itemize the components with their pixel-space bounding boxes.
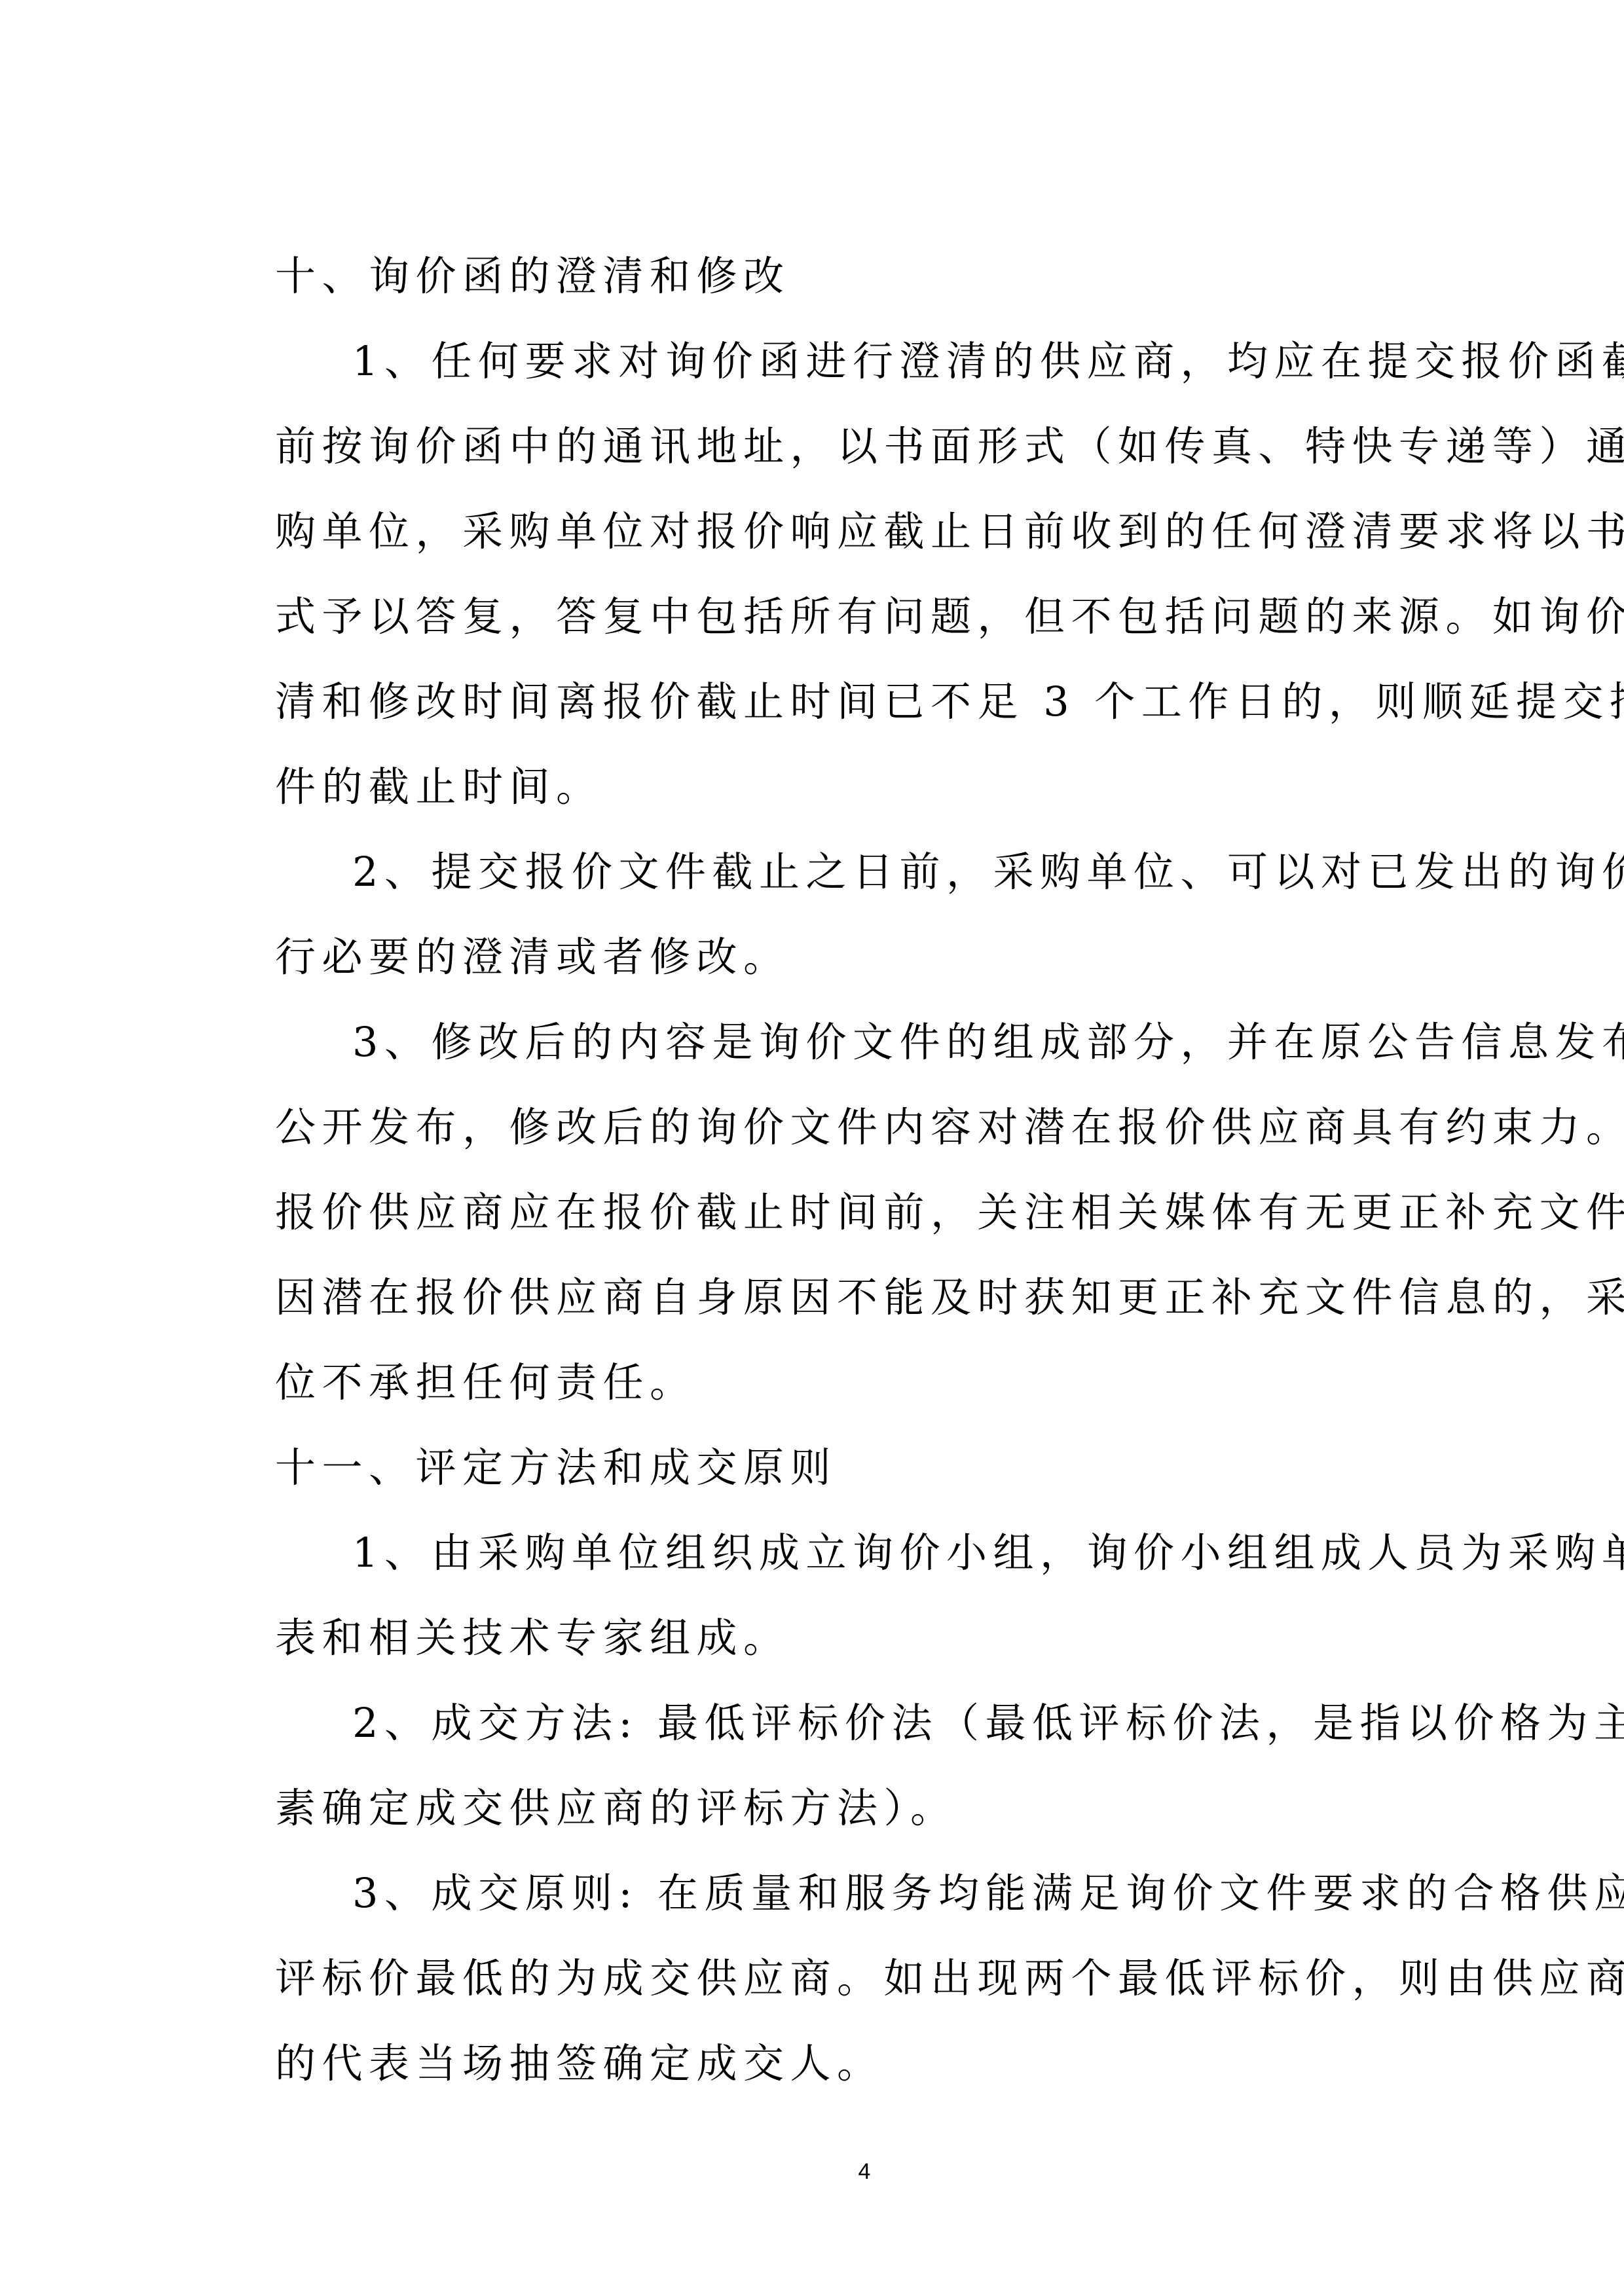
clause-line: 表和相关技术专家组成。: [275, 1605, 1464, 1690]
clause-line: 因潜在报价供应商自身原因不能及时获知更正补充文件信息的，采购单: [275, 1265, 1464, 1350]
clause-line: 2、提交报价文件截止之日前，采购单位、可以对已发出的询价函进: [275, 839, 1464, 924]
clause-line: 公开发布，修改后的询价文件内容对潜在报价供应商具有约束力。潜在: [275, 1095, 1464, 1180]
clause-line: 1、由采购单位组织成立询价小组，询价小组组成人员为采购单位代: [275, 1520, 1464, 1605]
clause-line: 3、修改后的内容是询价文件的组成部分，并在原公告信息发布媒体: [275, 1010, 1464, 1095]
clause-item: 2、提交报价文件截止之日前，采购单位、可以对已发出的询价函进 行必要的澄清或者修…: [275, 839, 1464, 1010]
clause-line: 式予以答复，答复中包括所有问题，但不包括问题的来源。如询价函澄: [275, 584, 1464, 669]
clause-item: 2、成交方法: 最低评标价法（最低评标价法，是指以价格为主要因 素确定成交供应商…: [275, 1690, 1464, 1861]
section-heading: 十一、评定方法和成交原则: [275, 1435, 1464, 1520]
clause-line: 的代表当场抽签确定成交人。: [275, 2031, 1464, 2116]
page-number: 4: [851, 2155, 877, 2188]
clause-line: 行必要的澄清或者修改。: [275, 924, 1464, 1010]
clause-line: 购单位，采购单位对报价响应截止日前收到的任何澄清要求将以书面形: [275, 499, 1464, 584]
clause-line: 2、成交方法: 最低评标价法（最低评标价法，是指以价格为主要因: [275, 1690, 1464, 1776]
document-page: 十、询价函的澄清和修改 1、任何要求对询价函进行澄清的供应商，均应在提交报价函截…: [0, 0, 1624, 2296]
clause-line: 1、任何要求对询价函进行澄清的供应商，均应在提交报价函截止日: [275, 329, 1464, 414]
page-body: 十、询价函的澄清和修改 1、任何要求对询价函进行澄清的供应商，均应在提交报价函截…: [275, 244, 1464, 2116]
clause-item: 1、由采购单位组织成立询价小组，询价小组组成人员为采购单位代 表和相关技术专家组…: [275, 1520, 1464, 1690]
section-heading: 十、询价函的澄清和修改: [275, 244, 1464, 329]
clause-item: 3、成交原则: 在质量和服务均能满足询价文件要求的合格供应商中， 评标价最低的为…: [275, 1861, 1464, 2116]
clause-line: 清和修改时间离报价截止时间已不足 3 个工作日的，则顺延提交报价文: [275, 669, 1464, 754]
clause-line: 位不承担任何责任。: [275, 1350, 1464, 1435]
clause-line: 3、成交原则: 在质量和服务均能满足询价文件要求的合格供应商中，: [275, 1861, 1464, 1946]
clause-item: 1、任何要求对询价函进行澄清的供应商，均应在提交报价函截止日 前按询价函中的通讯…: [275, 329, 1464, 839]
clause-line: 报价供应商应在报价截止时间前，关注相关媒体有无更正补充文件信息。: [275, 1180, 1464, 1265]
clause-line: 素确定成交供应商的评标方法）。: [275, 1776, 1464, 1861]
clause-line: 前按询价函中的通讯地址，以书面形式（如传真、特快专递等）通知采: [275, 414, 1464, 499]
clause-line: 评标价最低的为成交供应商。如出现两个最低评标价，则由供应商推荐: [275, 1946, 1464, 2031]
clause-line: 件的截止时间。: [275, 754, 1464, 839]
clause-item: 3、修改后的内容是询价文件的组成部分，并在原公告信息发布媒体 公开发布，修改后的…: [275, 1010, 1464, 1435]
